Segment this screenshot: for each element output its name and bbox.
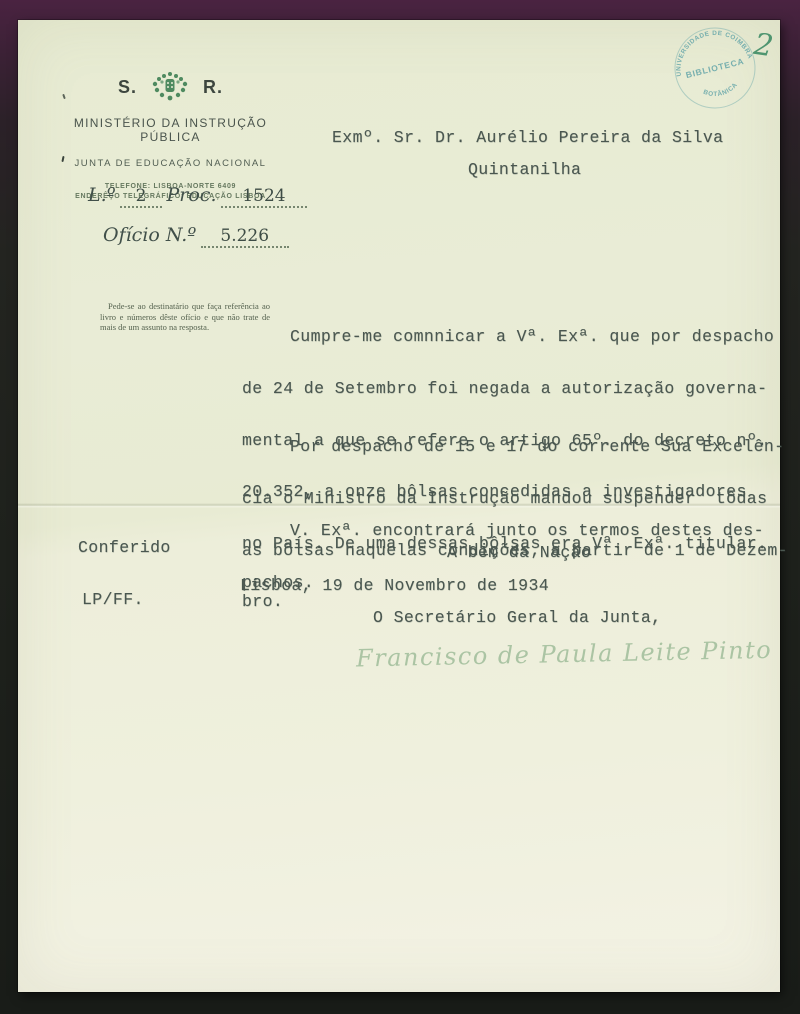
handwritten-page-number: 2: [752, 27, 776, 64]
board-name: JUNTA DE EDUCAÇÃO NACIONAL: [53, 158, 288, 169]
body-line: Cumpre-me comnnicar a Vª. Exª. que por d…: [242, 328, 774, 345]
signer-title: O Secretário Geral da Junta,: [373, 608, 661, 627]
oficio-number: 5.226: [220, 226, 269, 246]
typist-initials: LP/FF.: [82, 590, 144, 609]
registry-book-line: L.º 2 Proc. 1524: [88, 184, 307, 208]
oficio-number-field: 5.226: [201, 226, 289, 248]
book-number-field: 2: [120, 186, 162, 208]
oficio-label: Ofício N.º: [103, 224, 196, 246]
stamp-bottom-text: BOTÂNICA: [701, 80, 741, 101]
checked-label: Conferido: [78, 538, 171, 557]
registry-oficio-line: Ofício N.º 5.226: [103, 224, 289, 248]
scan-background: S.: [0, 0, 800, 1014]
svg-text:BOTÂNICA: BOTÂNICA: [701, 80, 741, 101]
book-label: L.º: [88, 184, 116, 206]
initial-r: R.: [203, 77, 223, 98]
process-number: 1524: [242, 186, 285, 206]
letter-page: S.: [18, 20, 780, 992]
addressee-name: Exmº. Sr. Dr. Aurélio Pereira da Silva: [332, 128, 723, 147]
national-motto: A bem da Nação: [447, 543, 591, 562]
coat-of-arms-emblem: [149, 70, 191, 104]
body-line: Por despacho de 15 e 17 do corrente Sua …: [242, 438, 788, 455]
state-initials-row: S.: [53, 70, 288, 104]
dateline: Lisboa, 19 de Novembro de 1934: [240, 576, 549, 595]
book-number: 2: [136, 186, 147, 206]
process-number-field: 1524: [221, 186, 307, 208]
ministry-name: MINISTÉRIO DA INSTRUÇÃO PÚBLICA: [53, 116, 288, 144]
initial-s: S.: [118, 77, 137, 98]
body-line: de 24 de Setembro foi negada a autorizaç…: [242, 380, 774, 397]
process-label: Proc.: [167, 184, 217, 206]
letterhead: S.: [53, 70, 288, 200]
library-stamp: UNIVERSIDADE DE COIMBRA BIBLIOTECA BOTÂN…: [664, 17, 766, 119]
addressee-location: Quintanilha: [468, 160, 581, 179]
stamp-middle-text: BIBLIOTECA: [685, 56, 746, 80]
body-line: V. Exª. encontrará junto os termos deste…: [242, 522, 764, 539]
